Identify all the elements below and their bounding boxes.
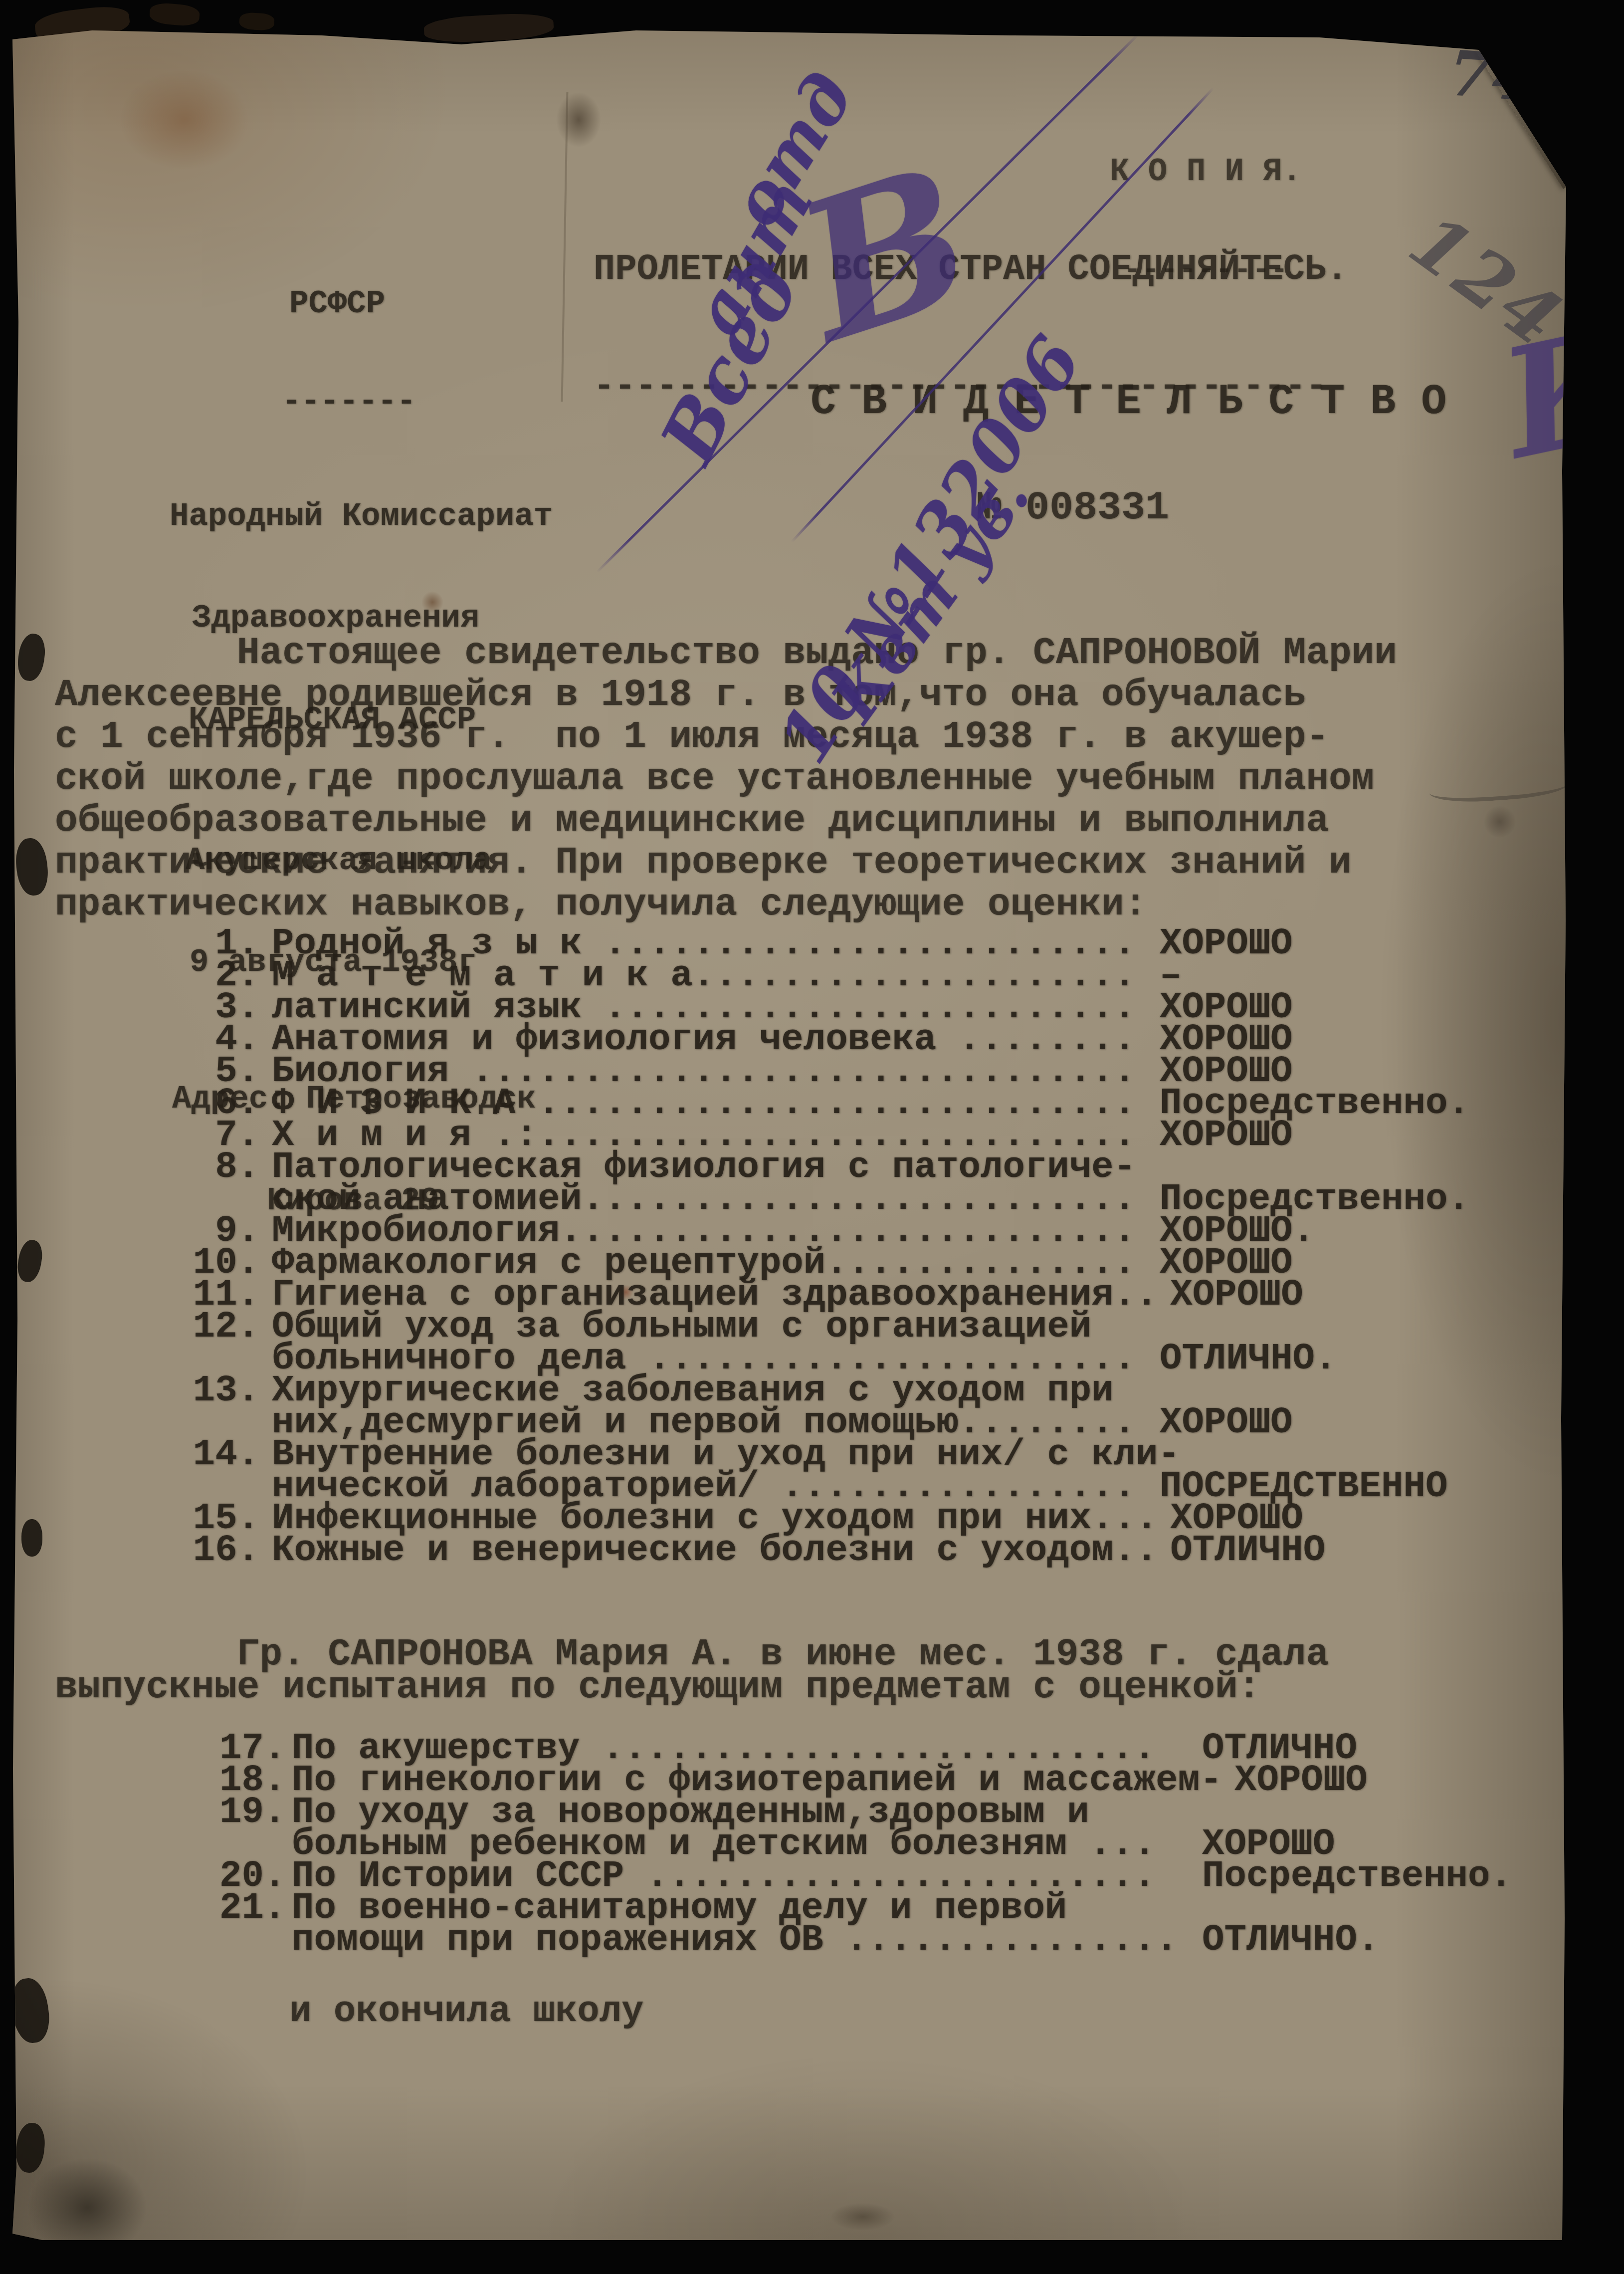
- exam-intro-paragraph: Гр. САПРОНОВА Мария А. в июне мес. 1938 …: [55, 1638, 1329, 1704]
- subject-row: 12.Общий уход за больными с организацией…: [190, 1311, 1325, 1375]
- pencil-flourish: [1428, 768, 1566, 805]
- subject-number: 13.: [190, 1375, 259, 1407]
- edge-tear: [21, 1519, 42, 1557]
- stain: [1484, 806, 1516, 838]
- edge-tear: [15, 1238, 45, 1284]
- subject-grade: ОТЛИЧНО.: [1160, 1343, 1337, 1375]
- grades-list: 1.Родной я з ы к .......................…: [190, 928, 1325, 1567]
- subject-name: Хирургические заболевания с уходом при н…: [272, 1375, 1136, 1439]
- stain: [556, 92, 601, 147]
- document-paper: К О П И Я. --------- ПРОЛЕТАРИИ ВСЕХ СТР…: [12, 22, 1566, 2240]
- subject-number: 19.: [219, 1797, 279, 1828]
- subject-grade: ХОРОШО: [1160, 1120, 1292, 1151]
- torn-edge-fragment: [239, 12, 275, 31]
- subject-row: 21.По военно-санитарному делу и первой п…: [219, 1892, 1368, 1956]
- subject-grade: ХОРОШО: [1234, 1760, 1367, 1802]
- closing-line: и окончила школу: [289, 1991, 644, 2033]
- letterhead-org-line: Здравоохранения: [192, 602, 653, 636]
- subject-number: 8.: [190, 1151, 259, 1183]
- stain: [120, 70, 249, 170]
- letterhead-republic: РСФСР: [289, 287, 653, 321]
- subject-number: 12.: [190, 1311, 259, 1343]
- subject-number: 14.: [190, 1439, 259, 1471]
- letterhead-org-line: Народный Комиссариат: [170, 500, 653, 534]
- subject-name: По военно-санитарному делу и первой помо…: [292, 1892, 1178, 1956]
- subject-grade: ОТЛИЧНО: [1170, 1530, 1325, 1572]
- edge-tear: [12, 1976, 53, 2046]
- intro-paragraph: Настоящее свидетельство выдано гр. САПРО…: [55, 632, 1397, 925]
- subject-number: 21.: [219, 1892, 279, 1924]
- torn-edge-fragment: [149, 2, 200, 27]
- edge-tear: [13, 837, 50, 897]
- subject-name: По уходу за новорожденным,здоровым и бол…: [292, 1797, 1156, 1860]
- subject-row: 14.Внутренние болезни и уход при них/ с …: [190, 1439, 1325, 1503]
- subject-grade: Посредственно.: [1202, 1860, 1512, 1892]
- subject-row: 13.Хирургические заболевания с уходом пр…: [190, 1375, 1325, 1439]
- subject-grade: ХОРОШО: [1170, 1274, 1303, 1316]
- subject-name: Кожные и венерические болезни с уходом..: [272, 1535, 1158, 1567]
- subject-row: 19.По уходу за новорожденным,здоровым и …: [219, 1797, 1368, 1860]
- exam-grades-list: 17.По акушерству .......................…: [219, 1733, 1368, 1956]
- subject-name: Внутренние болезни и уход при них/ с кли…: [272, 1439, 1180, 1503]
- pencil-page-number: 74: [1446, 37, 1538, 116]
- edge-tear: [14, 2121, 47, 2174]
- subject-row: 8.Патологическая физиология с патологиче…: [190, 1151, 1325, 1215]
- subject-row: 16.Кожные и венерические болезни с уходо…: [190, 1535, 1325, 1567]
- stain: [830, 2203, 895, 2231]
- subject-number: 16.: [190, 1535, 259, 1567]
- scanned-certificate-page: К О П И Я. --------- ПРОЛЕТАРИИ ВСЕХ СТР…: [0, 0, 1624, 2274]
- stain: [27, 2158, 147, 2240]
- subject-grade: ОТЛИЧНО.: [1202, 1924, 1379, 1956]
- subject-name: Патологическая физиология с патологиче- …: [272, 1151, 1136, 1215]
- subject-name: Общий уход за больными с организацией бо…: [272, 1311, 1136, 1375]
- edge-tear: [15, 632, 48, 682]
- pencil-margin-number: 124: [1394, 197, 1566, 365]
- letterhead-republic-underline: -------: [282, 385, 653, 419]
